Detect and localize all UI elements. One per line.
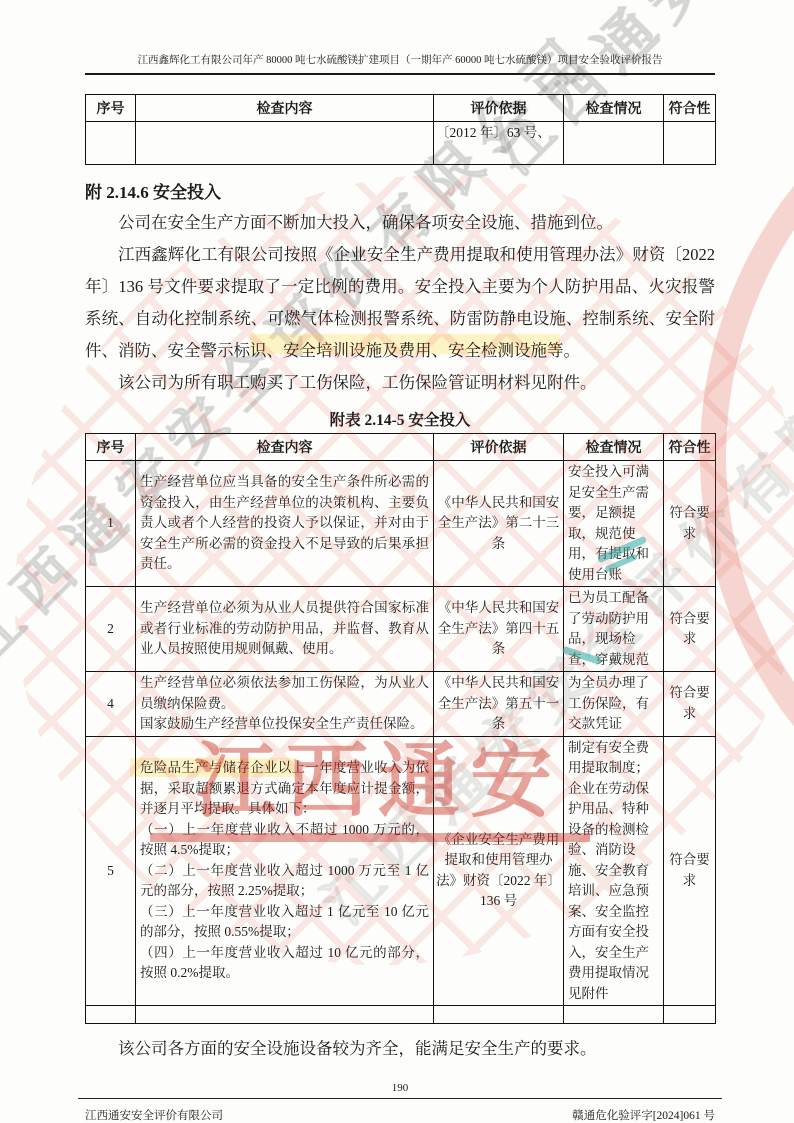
footer-document-number: 赣通危化验评字[2024]061 号: [572, 1107, 715, 1123]
page-number: 190: [85, 1082, 715, 1094]
footer-rule: [78, 1098, 722, 1099]
section-heading: 附 2.14.6 安全投入: [85, 178, 715, 203]
document-page: 江西通安安全评价有限公司 江西通安安全评价有限公司 江西通安安全评价有限公司 江…: [0, 0, 794, 1123]
table-row: [86, 1006, 716, 1024]
cell-seq: 2: [86, 587, 136, 672]
cell-seq: 1: [86, 461, 136, 587]
column-header: 序号: [86, 95, 136, 122]
table-header-row: 序号检查内容评价依据检查情况符合性: [86, 95, 716, 122]
continued-checklist-table: 序号检查内容评价依据检查情况符合性 〔2012 年〕63 号、: [85, 94, 716, 165]
table-row: 〔2012 年〕63 号、: [86, 122, 716, 165]
cell-situation: 安全投入可满足安全生产需要，足额提取，规范使用，有提取和使用台账: [564, 461, 664, 587]
cell-situation: [564, 1006, 664, 1024]
cell-basis: 〔2012 年〕63 号、: [434, 122, 564, 165]
column-header: 检查内容: [136, 434, 434, 461]
column-header: 检查情况: [564, 434, 664, 461]
cell-basis: 《中华人民共和国安全生产法》第五十一条: [434, 672, 564, 737]
paragraph: 江西鑫辉化工有限公司按照《企业安全生产费用提取和使用管理办法》财资〔2022 年…: [85, 239, 715, 367]
table-row: 1生产经营单位应当具备的安全生产条件所必需的资金投入，由生产经营单位的决策机构、…: [86, 461, 716, 587]
column-header: 符合性: [664, 95, 716, 122]
cell-basis: [434, 1006, 564, 1024]
footer-company-name: 江西通安安全评价有限公司: [85, 1107, 223, 1123]
column-header: 评价依据: [434, 95, 564, 122]
table-header-row: 序号检查内容评价依据检查情况符合性: [86, 434, 716, 461]
cell-content: 危险品生产与储存企业以上一年度营业收入为依据，采取超额累退方式确定本年度应计提金…: [136, 736, 434, 1006]
table-title: 附表 2.14-5 安全投入: [85, 408, 715, 430]
cell-basis: 《中华人民共和国安全生产法》第四十五条: [434, 587, 564, 672]
table-row: 5危险品生产与储存企业以上一年度营业收入为依据，采取超额累退方式确定本年度应计提…: [86, 736, 716, 1006]
cell-basis: 《中华人民共和国安全生产法》第二十三条: [434, 461, 564, 587]
cell-conformity: 符合要求: [664, 461, 716, 587]
table-row: 4生产经营单位必须依法参加工伤保险，为从业人员缴纳保险费。 国家鼓励生产经营单位…: [86, 672, 716, 737]
safety-investment-checklist-table: 序号检查内容评价依据检查情况符合性 1生产经营单位应当具备的安全生产条件所必需的…: [85, 433, 716, 1024]
table-row: 2生产经营单位必须为从业人员提供符合国家标准或者行业标准的劳动防护用品，并监督、…: [86, 587, 716, 672]
paragraph: 该公司为所有职工购买了工伤保险，工伤保险管证明材料见附件。: [85, 367, 715, 399]
cell-seq: [86, 1006, 136, 1024]
cell-conformity: [664, 122, 716, 165]
document-header-title: 江西鑫辉化工有限公司年产 80000 吨七水硫酸镁扩建项目（一期年产 60000…: [85, 52, 715, 75]
cell-conformity: 符合要求: [664, 736, 716, 1006]
cell-content: 生产经营单位应当具备的安全生产条件所必需的资金投入，由生产经营单位的决策机构、主…: [136, 461, 434, 587]
cell-content: 生产经营单位必须为从业人员提供符合国家标准或者行业标准的劳动防护用品，并监督、教…: [136, 587, 434, 672]
cell-basis: 《企业安全生产费用提取和使用管理办法》财资〔2022 年〕136 号: [434, 736, 564, 1006]
cell-situation: [564, 122, 664, 165]
closing-paragraph: 该公司各方面的安全设施设备较为齐全，能满足安全生产的要求。: [85, 1033, 715, 1065]
cell-seq: [86, 122, 136, 165]
column-header: 符合性: [664, 434, 716, 461]
cell-conformity: 符合要求: [664, 672, 716, 737]
cell-seq: 4: [86, 672, 136, 737]
cell-content: [136, 1006, 434, 1024]
column-header: 序号: [86, 434, 136, 461]
column-header: 评价依据: [434, 434, 564, 461]
cell-conformity: [664, 1006, 716, 1024]
cell-content: 生产经营单位必须依法参加工伤保险，为从业人员缴纳保险费。 国家鼓励生产经营单位投…: [136, 672, 434, 737]
cell-conformity: 符合要求: [664, 587, 716, 672]
cell-situation: 为全员办理了工伤保险，有交款凭证: [564, 672, 664, 737]
cell-seq: 5: [86, 736, 136, 1006]
cell-situation: 制定有安全费用提取制度； 企业在劳动保护用品、特种设备的检测检验、消防设施、安全…: [564, 736, 664, 1006]
cell-situation: 已为员工配备了劳动防护用品，现场检查，穿戴规范: [564, 587, 664, 672]
column-header: 检查内容: [136, 95, 434, 122]
column-header: 检查情况: [564, 95, 664, 122]
cell-content: [136, 122, 434, 165]
paragraph: 公司在安全生产方面不断加大投入，确保各项安全设施、措施到位。: [85, 207, 715, 239]
